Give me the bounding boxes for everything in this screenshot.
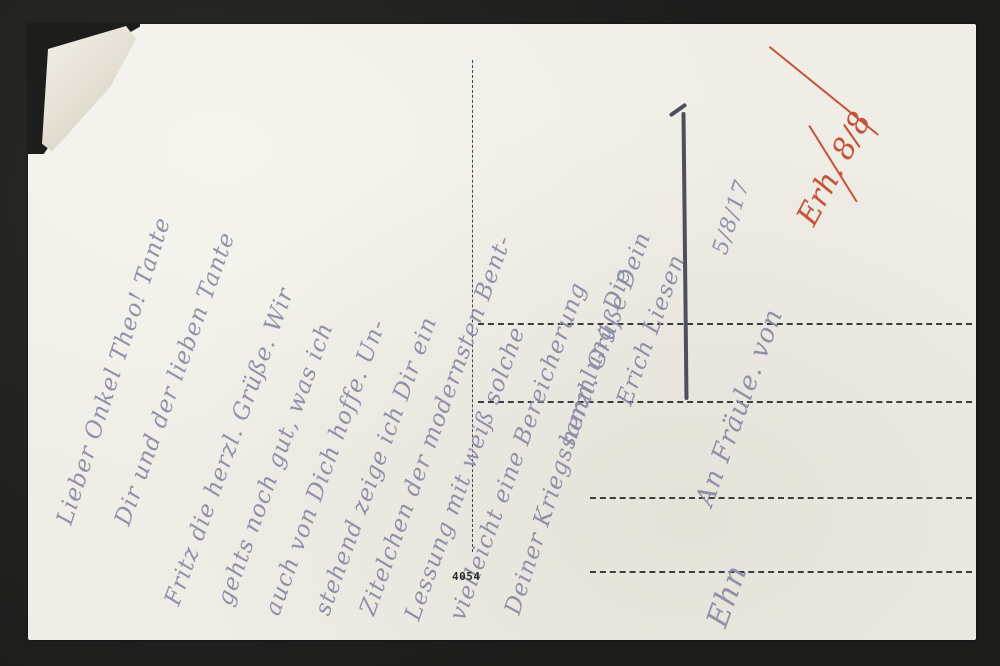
- address-line-4: [590, 571, 972, 573]
- serial-number: 4054: [452, 570, 481, 583]
- address-line-3: [590, 497, 972, 499]
